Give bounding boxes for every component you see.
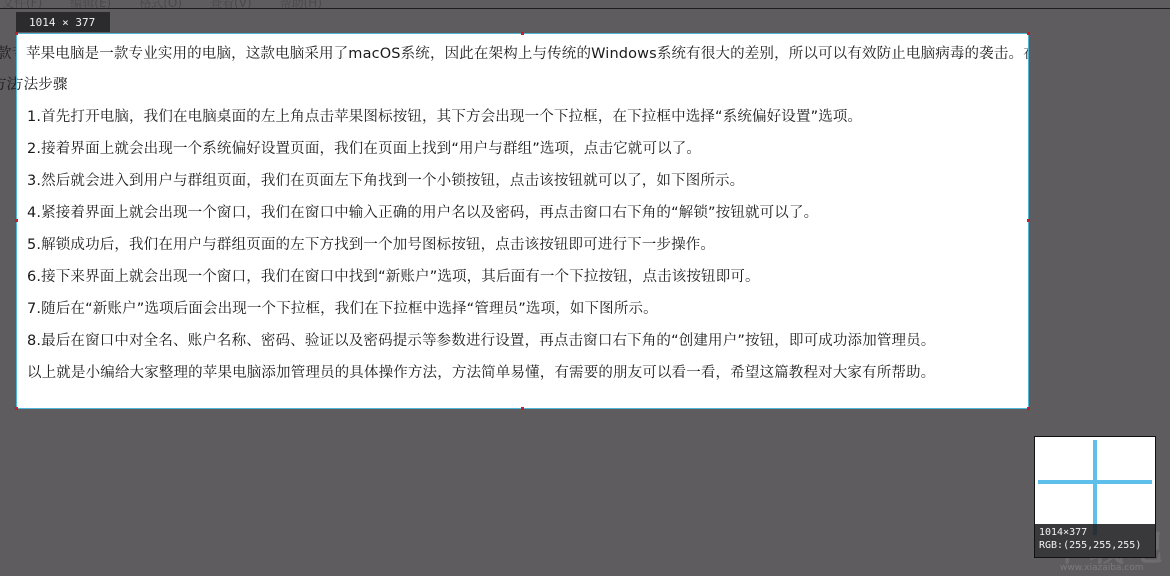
- resize-handle-bottom-right[interactable]: [1027, 407, 1030, 410]
- magnifier-panel: 1014×377 RGB:(255,255,255): [1034, 436, 1156, 558]
- capture-selection-region[interactable]: 苹果电脑是一款专业实用的电脑，这款电脑采用了macOS系统，因此在架构上与传统的…: [16, 33, 1029, 409]
- menu-format[interactable]: 格式(O): [139, 0, 182, 8]
- menu-bar: 文件(F) 编辑(E) 格式(O) 查看(V) 帮助(H): [0, 0, 1170, 8]
- text-line-step-5: 5.解锁成功后，我们在用户与群组页面的左下方找到一个加号图标按钮，点击该按钮即可…: [27, 233, 715, 254]
- text-line-intro: 苹果电脑是一款专业实用的电脑，这款电脑采用了macOS系统，因此在架构上与传统的…: [26, 42, 1029, 63]
- text-line-step-3: 3.然后就会进入到用户与群组页面，我们在页面左下角找到一个小锁按钮，点击该按钮就…: [27, 169, 744, 190]
- text-line-heading: 方法步骤: [16, 73, 68, 94]
- text-line-summary: 以上就是小编给大家整理的苹果电脑添加管理员的具体操作方法，方法简单易懂，有需要的…: [27, 361, 935, 382]
- text-line-step-2: 2.接着界面上就会出现一个系统偏好设置页面，我们在页面上找到“用户与群组”选项，…: [27, 137, 701, 158]
- menu-help[interactable]: 帮助(H): [280, 0, 322, 8]
- resize-handle-left[interactable]: [15, 219, 18, 222]
- resize-handle-top[interactable]: [521, 32, 524, 35]
- capture-size-label: 1014 × 377: [16, 12, 110, 32]
- magnifier-size: 1014×377: [1039, 526, 1151, 539]
- text-line-step-6: 6.接下来界面上就会出现一个窗口，我们在窗口中找到“新账户”选项，其后面有一个下…: [27, 265, 760, 286]
- magnifier-info: 1014×377 RGB:(255,255,255): [1035, 524, 1155, 557]
- resize-handle-top-left[interactable]: [15, 32, 18, 35]
- text-line-step-4: 4.紧接着界面上就会出现一个窗口，我们在窗口中输入正确的用户名以及密码，再点击窗…: [27, 201, 818, 222]
- menu-divider: [0, 8, 1170, 9]
- watermark-url: www.xiazaiba.com: [1060, 563, 1144, 573]
- resize-handle-bottom-left[interactable]: [15, 407, 18, 410]
- crosshair-vertical-icon: [1093, 440, 1097, 535]
- text-line-step-8: 8.最后在窗口中对全名、账户名称、密码、验证以及密码提示等参数进行设置，再点击窗…: [27, 329, 935, 350]
- resize-handle-right[interactable]: [1027, 219, 1030, 222]
- resize-handle-top-right[interactable]: [1027, 32, 1030, 35]
- menu-view[interactable]: 查看(V): [210, 0, 252, 8]
- resize-handle-bottom[interactable]: [521, 407, 524, 410]
- menu-file[interactable]: 文件(F): [2, 0, 42, 8]
- text-line-step-1: 1.首先打开电脑，我们在电脑桌面的左上角点击苹果图标按钮，其下方会出现一个下拉框…: [27, 105, 862, 126]
- text-line-step-7: 7.随后在“新账户”选项后面会出现一个下拉框，我们在下拉框中选择“管理员”选项，…: [27, 297, 658, 318]
- magnifier-rgb: RGB:(255,255,255): [1039, 539, 1151, 552]
- menu-edit[interactable]: 编辑(E): [70, 0, 111, 8]
